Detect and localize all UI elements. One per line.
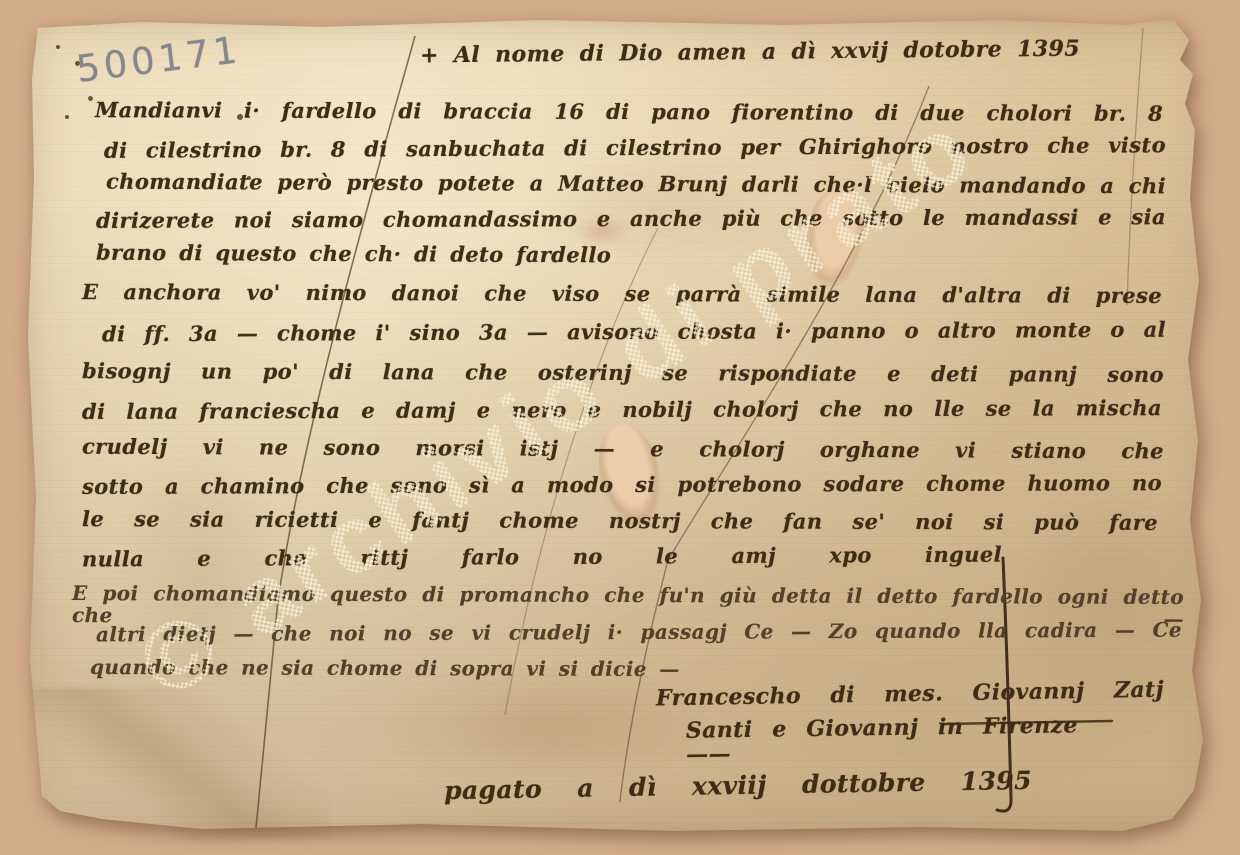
body-line: le se sia ricietti e fantj chome nostrj … xyxy=(82,507,1158,534)
body-line: brano di questo che ch· di deto fardello xyxy=(96,241,611,267)
body-line: chomandiate però presto potete a Matteo … xyxy=(106,170,1166,198)
scanned-manuscript-photo: 500171 + Al nome di Dio amen a dì xxvij … xyxy=(0,0,1240,855)
ink-speck xyxy=(65,115,69,119)
body-line: sotto a chamino che sono sì a modo si po… xyxy=(82,471,1162,498)
body-line: dirizerete noi siamo chomandassimo e anc… xyxy=(96,205,1166,232)
signature-line: Santi e Giovannj in Firenze —— xyxy=(686,713,1079,767)
body-line: di cilestrino br. 8 di sanbuchata di cil… xyxy=(104,133,1166,162)
body-line: crudelj vi ne sono morsi istj — e cholor… xyxy=(82,435,1164,463)
ink-speck xyxy=(88,96,93,101)
ink-speck xyxy=(56,45,60,49)
body-line: Mandianvi i· fardello di braccia 16 di p… xyxy=(95,98,1163,125)
